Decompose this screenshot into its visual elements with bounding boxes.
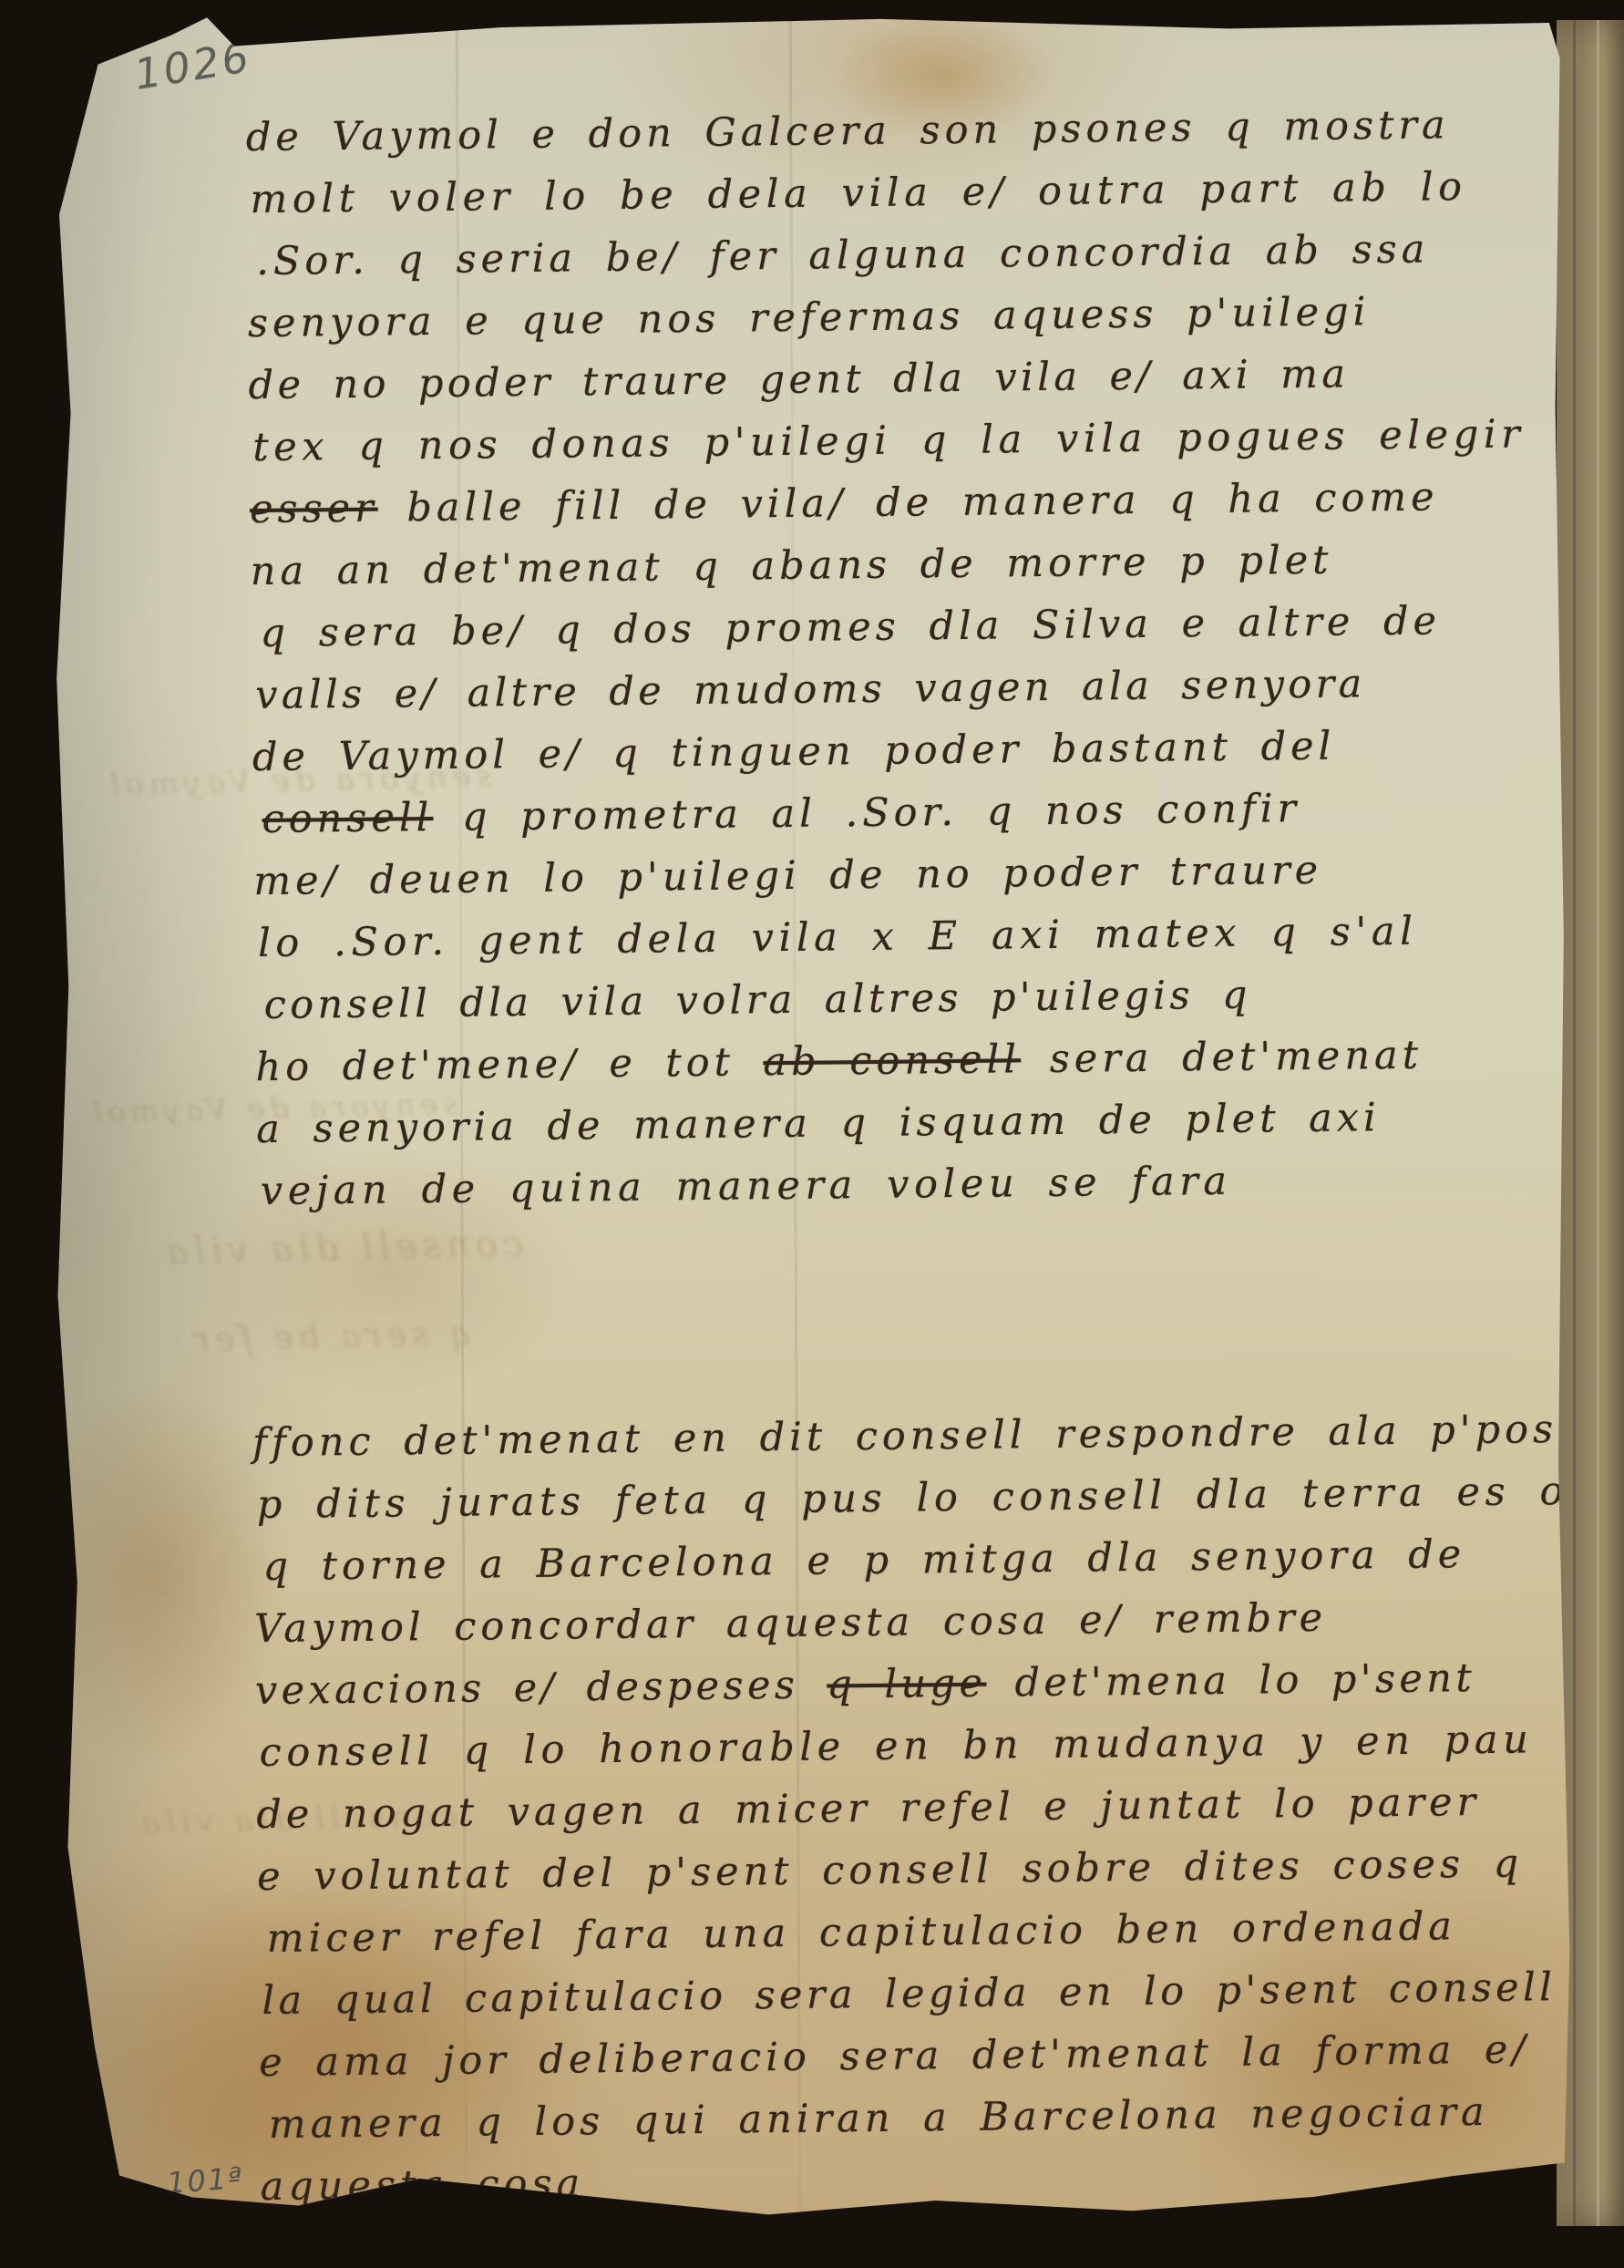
text-line: vejan de quina manera voleu se fara	[261, 1147, 1579, 1222]
page-edge-line	[1597, 20, 1599, 2226]
folio-mark-pencil: 101ª	[166, 2160, 245, 2201]
manuscript-scan: consell dla vila senyora de Vaymol q ser…	[0, 0, 1624, 2268]
page-number-pencil: 1026	[130, 32, 254, 99]
show-through-ink: consell dla vila	[160, 1223, 524, 1273]
manuscript-page: consell dla vila senyora de Vaymol q ser…	[46, 9, 1573, 2222]
text-line: aquesta cosa	[260, 2142, 1582, 2218]
struck-word: ab consell	[763, 1036, 1021, 1085]
show-through-ink: q sera be fer	[189, 1315, 472, 1359]
binding-crease-band	[46, 15, 269, 2222]
struck-word: q luge	[827, 1661, 987, 1708]
page-edge-line	[1573, 20, 1576, 2226]
paragraph-1: de Vaymol e don Galcera son psones q mos…	[245, 93, 1578, 1222]
struck-word: consell	[262, 795, 433, 842]
struck-word: esser	[250, 486, 378, 532]
paragraph-2: ffonc det'menat en dit consell respondre…	[252, 1398, 1582, 2218]
paper-stain	[15, 1383, 291, 1767]
